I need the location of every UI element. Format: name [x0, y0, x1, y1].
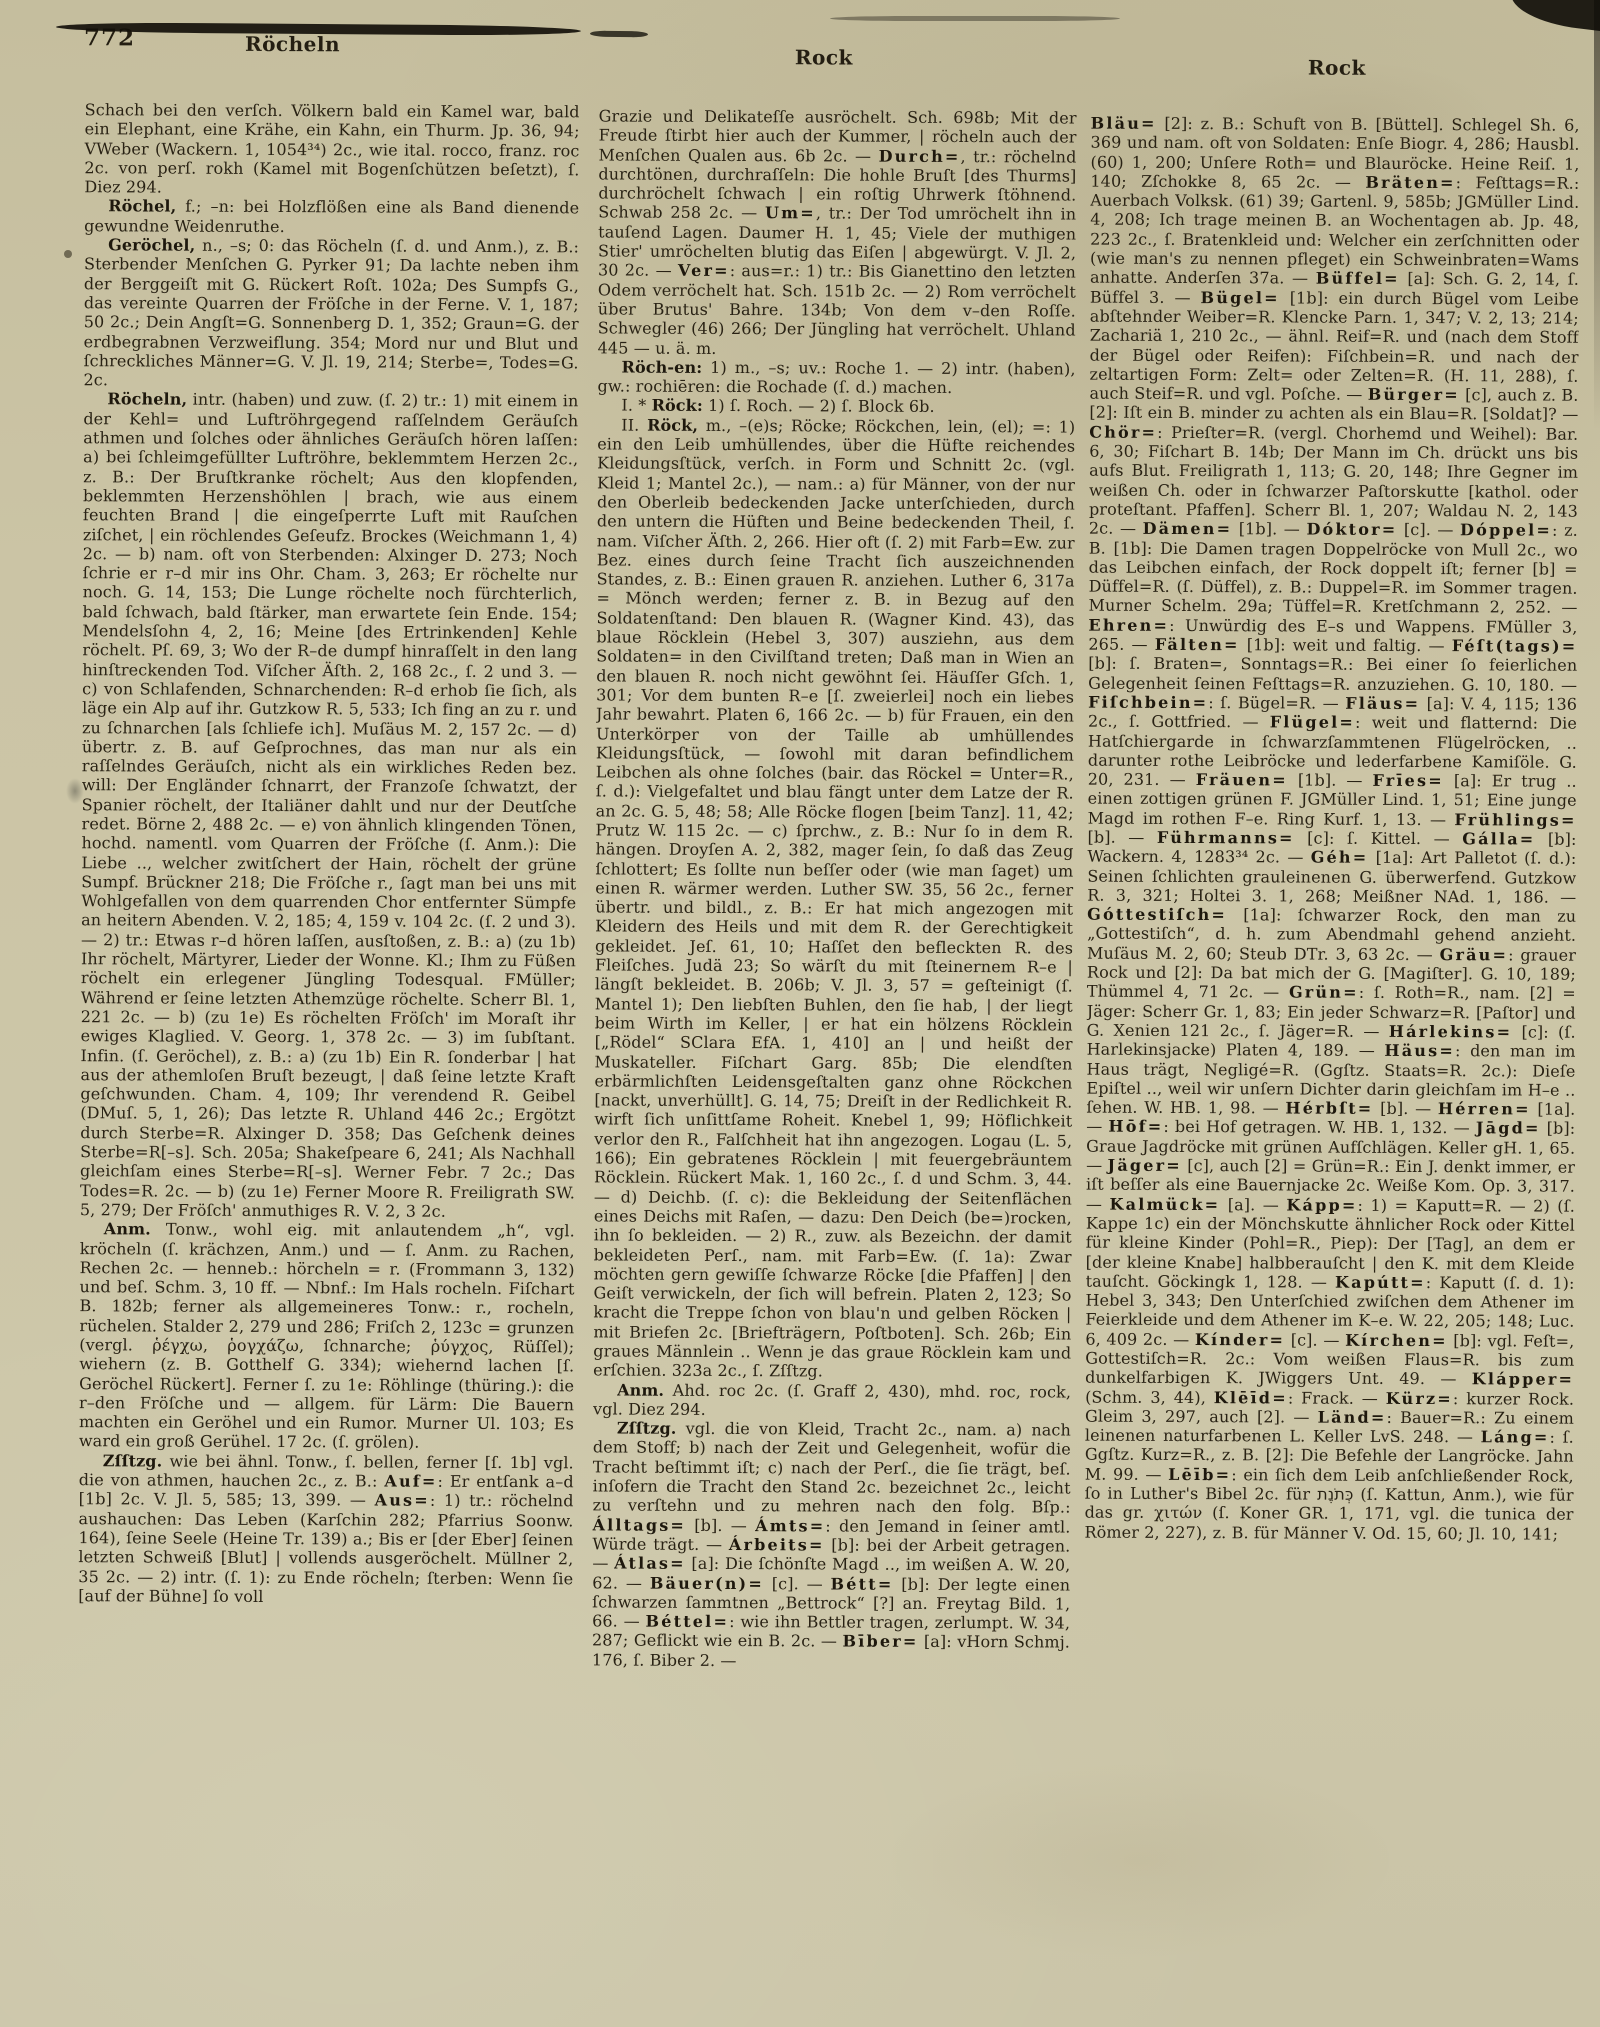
dictionary-paragraph: Zſſtzg. vgl. die von Kleid, Tracht 2c., … — [592, 1419, 1071, 1672]
dictionary-paragraph: Grazie und Delikateſſe ausröchelt. Sch. … — [598, 106, 1077, 359]
text-column-3: Bläu= [2]: z. B.: Schuft von B. [Büttel]… — [1083, 114, 1580, 1904]
dictionary-paragraph: Schach bei den verſch. Völkern bald ein … — [84, 100, 579, 199]
running-head-center: Rock — [795, 45, 853, 69]
dictionary-paragraph: II. Röck, m., –(e)s; Röcke; Röckchen, le… — [593, 415, 1075, 1382]
scanned-dictionary-page: 772 Röcheln Rock Rock Schach bei den ver… — [0, 0, 1600, 2027]
text-column-1: Schach bei den verſch. Völkern bald ein … — [77, 100, 580, 1890]
dictionary-paragraph: Röchel, f.; –n: bei Holzflößen eine als … — [84, 197, 579, 238]
page-number: 772 — [84, 24, 135, 51]
dictionary-paragraph: Zſſtzg. wie bei ähnl. Tonw., ſ. bellen, … — [78, 1451, 574, 1608]
dictionary-paragraph: Röch-en: 1) m., –s; uv.: Roche 1. — 2) i… — [597, 357, 1075, 398]
running-head-left: Röcheln — [245, 32, 340, 56]
dictionary-paragraph: Geröchel, n., –s; 0: das Röcheln (ſ. d. … — [83, 235, 579, 392]
page-content: 772 Röcheln Rock Rock Schach bei den ver… — [0, 0, 1600, 2027]
running-head-right: Rock — [1308, 56, 1366, 80]
dictionary-paragraph: I. * Röck: 1) ſ. Roch. — 2) ſ. Block 6b. — [597, 396, 1075, 417]
dictionary-paragraph: Anm. Ahd. roc 2c. (ſ. Graff 2, 430), mhd… — [593, 1380, 1071, 1421]
dictionary-paragraph: Bläu= [2]: z. B.: Schuft von B. [Büttel]… — [1084, 114, 1579, 1544]
text-column-2: Grazie und Delikateſſe ausröchelt. Sch. … — [591, 106, 1077, 1896]
dictionary-paragraph: Anm. Tonw., wohl eig. mit anlautendem „h… — [79, 1219, 575, 1453]
dictionary-paragraph: Röcheln, intr. (haben) und zuw. (ſ. 2) t… — [80, 390, 579, 1222]
